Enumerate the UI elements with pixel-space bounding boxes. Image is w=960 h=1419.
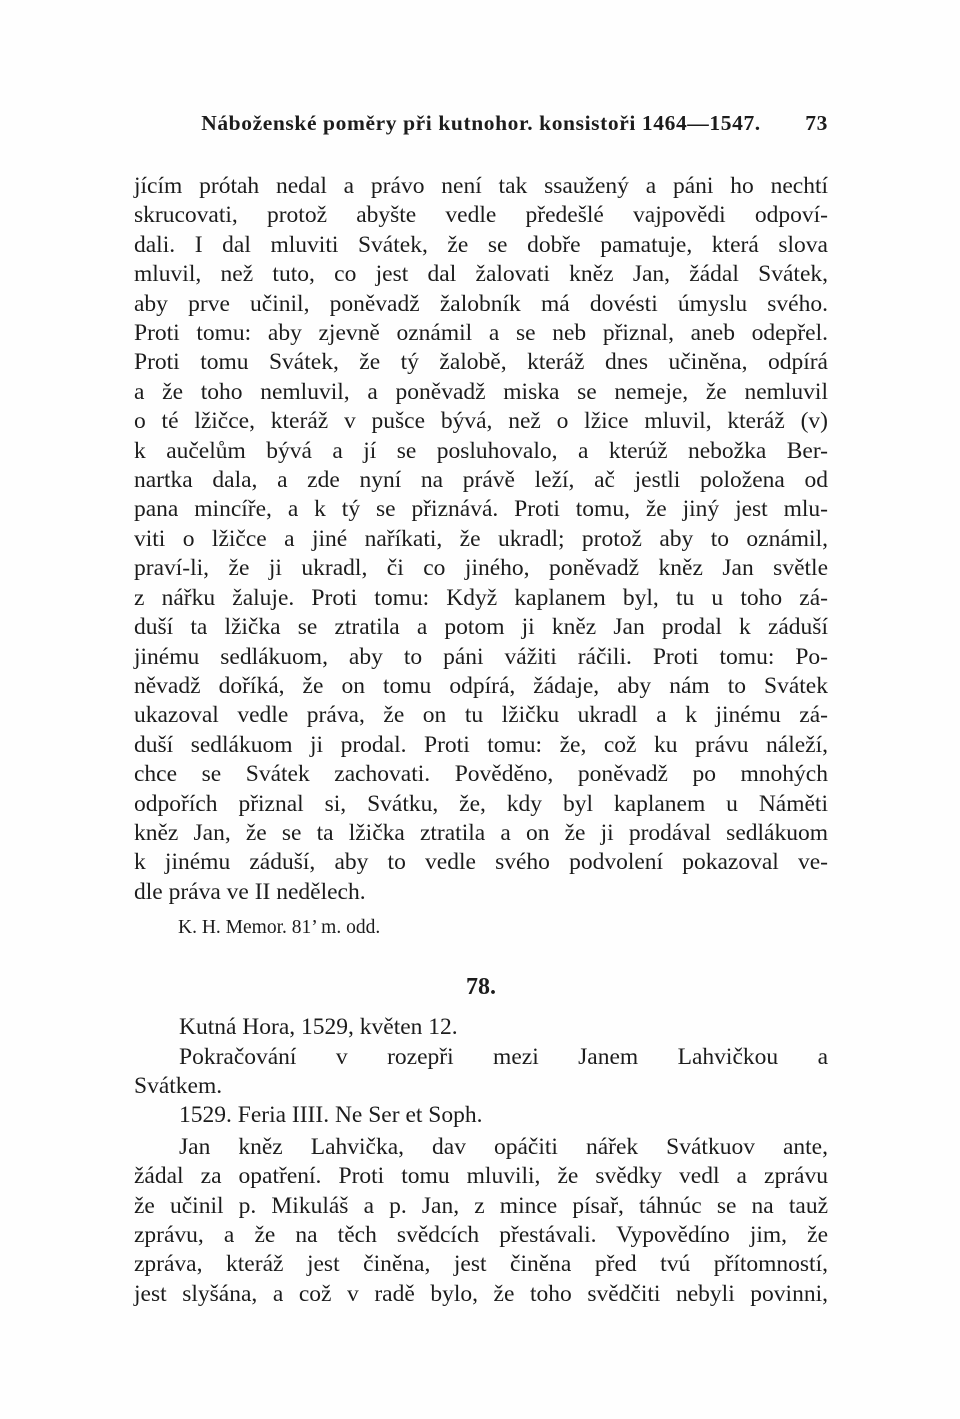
entry-78-body-paragraph: Jan kněz Lahvička, dav opáčiti nářek Svá…: [134, 1133, 828, 1309]
text-line: duší ta lžička se ztratila a potom ji kn…: [134, 613, 828, 642]
text-line: o té lžičce, kteráž v pušce bývá, než o …: [134, 407, 828, 436]
text-line: že učinil p. Mikuláš a p. Jan, z mince p…: [134, 1192, 828, 1221]
text-line: Pokračování v rozepři mezi Janem Lahvičk…: [134, 1043, 828, 1072]
entry-77-body-paragraph: jícím prótah nedal a právo není tak ssau…: [134, 172, 828, 907]
text-line: a že toho nemluvil, a poněvadž miska se …: [134, 378, 828, 407]
text-line: jinému sedlákuom, aby to páni vážiti ráč…: [134, 643, 828, 672]
running-head-title: Náboženské poměry při kutnohor. konsisto…: [201, 111, 761, 135]
page-number: 73: [805, 110, 828, 136]
text-line: Proti tomu Svátek, že tý žalobě, kteráž …: [134, 348, 828, 377]
text-line: odpořích přiznal si, Svátku, že, kdy byl…: [134, 790, 828, 819]
text-line: pana mincíře, a k tý se přiznává. Proti …: [134, 495, 828, 524]
text-line: žádal za opatření. Proti tomu mluvili, ž…: [134, 1162, 828, 1191]
text-line: dle práva ve II nedělech.: [134, 878, 828, 907]
text-line: Jan kněz Lahvička, dav opáčiti nářek Svá…: [134, 1133, 828, 1162]
text-line: nartka dala, a zde nyní na právě leží, a…: [134, 466, 828, 495]
text-line: k jinému záduší, aby to vedle svého podv…: [134, 848, 828, 877]
text-line: k aučelům bývá a jí se posluhovalo, a kt…: [134, 437, 828, 466]
entry-78-latin-datum: 1529. Feria IIII. Ne Ser et Soph.: [134, 1101, 828, 1130]
text-line: jest slyšána, a což v radě bylo, že toho…: [134, 1280, 828, 1309]
text-line: duší sedlákuom ji prodal. Proti tomu: že…: [134, 731, 828, 760]
entry-78-number: 78.: [134, 973, 828, 1001]
text-line: Proti tomu: aby zjevně oznámil a se neb …: [134, 319, 828, 348]
text-line: chce se Svátek zachovati. Pověděno, poně…: [134, 760, 828, 789]
text-line: viti o lžičce a jiné naříkati, že ukradl…: [134, 525, 828, 554]
text-line: zpráva, kteráž jest činěna, jest činěna …: [134, 1250, 828, 1279]
text-line: zprávu, a že na těch svědcích přestávali…: [134, 1221, 828, 1250]
text-line: něvadž doříká, že on tomu odpírá, žádaje…: [134, 672, 828, 701]
book-page: Náboženské poměry při kutnohor. konsisto…: [0, 0, 960, 1419]
text-line: kněz Jan, že se ta lžička ztratila a on …: [134, 819, 828, 848]
text-column: Náboženské poměry při kutnohor. konsisto…: [134, 110, 828, 1309]
text-line: aby prve učinil, poněvadž žalobník má do…: [134, 290, 828, 319]
text-line: ukazoval vedle práva, že on tu lžičku uk…: [134, 701, 828, 730]
running-head: Náboženské poměry při kutnohor. konsisto…: [134, 110, 828, 136]
entry-78-dateline: Kutná Hora, 1529, květen 12.: [134, 1013, 828, 1042]
text-line: praví-li, že ji ukradl, či co jiného, po…: [134, 554, 828, 583]
text-line: mluvil, než tuto, co jest dal žalovati k…: [134, 260, 828, 289]
text-line: Svátkem.: [134, 1072, 828, 1101]
text-line: skrucovati, protož abyšte vedle předešlé…: [134, 201, 828, 230]
entry-78-regest: Pokračování v rozepři mezi Janem Lahvičk…: [134, 1043, 828, 1102]
text-line: jícím prótah nedal a právo není tak ssau…: [134, 172, 828, 201]
text-line: z nářku žaluje. Proti tomu: Když kaplane…: [134, 584, 828, 613]
text-line: dali. I dal mluviti Svátek, že se dobře …: [134, 231, 828, 260]
entry-77-source-citation: K. H. Memor. 81’ m. odd.: [134, 916, 828, 940]
